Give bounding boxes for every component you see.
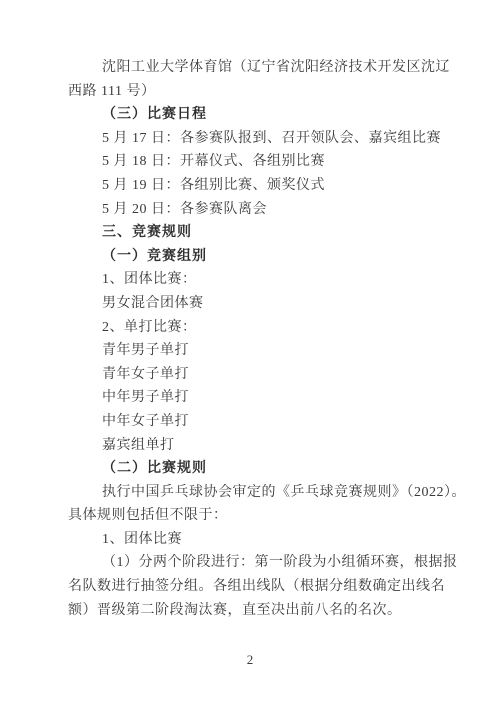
heading-competition-groups: （一）竞赛组别: [68, 245, 448, 269]
group-line: 青年男子单打: [68, 339, 448, 363]
rules-line: 名队数进行抽签分组。各组出线队（根据分组数确定出线名: [68, 575, 448, 599]
rules-line: （1）分两个阶段进行：第一阶段为小组循环赛，根据报: [68, 551, 448, 575]
rules-line: 额）晋级第二阶段淘汰赛，直至决出前八名的名次。: [68, 599, 448, 623]
rules-line: 1、团体比赛: [68, 528, 448, 552]
heading-match-rules: （二）比赛规则: [68, 457, 448, 481]
group-line: 男女混合团体赛: [68, 292, 448, 316]
venue-address-line: 西路 111 号）: [68, 80, 448, 104]
group-line: 1、团体比赛：: [68, 268, 448, 292]
group-line: 嘉宾组单打: [68, 434, 448, 458]
heading-match-schedule: （三）比赛日程: [68, 103, 448, 127]
heading-competition-rules: 三、竞赛规则: [68, 221, 448, 245]
schedule-line: 5 月 18 日：开幕仪式、各组别比赛: [68, 150, 448, 174]
schedule-line: 5 月 17 日：各参赛队报到、召开领队会、嘉宾组比赛: [68, 127, 448, 151]
venue-address-line: 沈阳工业大学体育馆（辽宁省沈阳经济技术开发区沈辽: [68, 56, 448, 80]
group-line: 青年女子单打: [68, 363, 448, 387]
group-line: 中年女子单打: [68, 410, 448, 434]
schedule-line: 5 月 20 日：各参赛队离会: [68, 198, 448, 222]
page-number: 2: [0, 652, 500, 668]
rules-line: 执行中国乒乓球协会审定的《乒乓球竞赛规则》（2022）。: [68, 481, 448, 505]
group-line: 中年男子单打: [68, 386, 448, 410]
document-page: 沈阳工业大学体育馆（辽宁省沈阳经济技术开发区沈辽 西路 111 号） （三）比赛…: [0, 0, 500, 707]
schedule-line: 5 月 19 日：各组别比赛、颁奖仪式: [68, 174, 448, 198]
document-content: 沈阳工业大学体育馆（辽宁省沈阳经济技术开发区沈辽 西路 111 号） （三）比赛…: [68, 56, 448, 622]
group-line: 2、单打比赛：: [68, 316, 448, 340]
rules-line: 具体规则包括但不限于：: [68, 504, 448, 528]
